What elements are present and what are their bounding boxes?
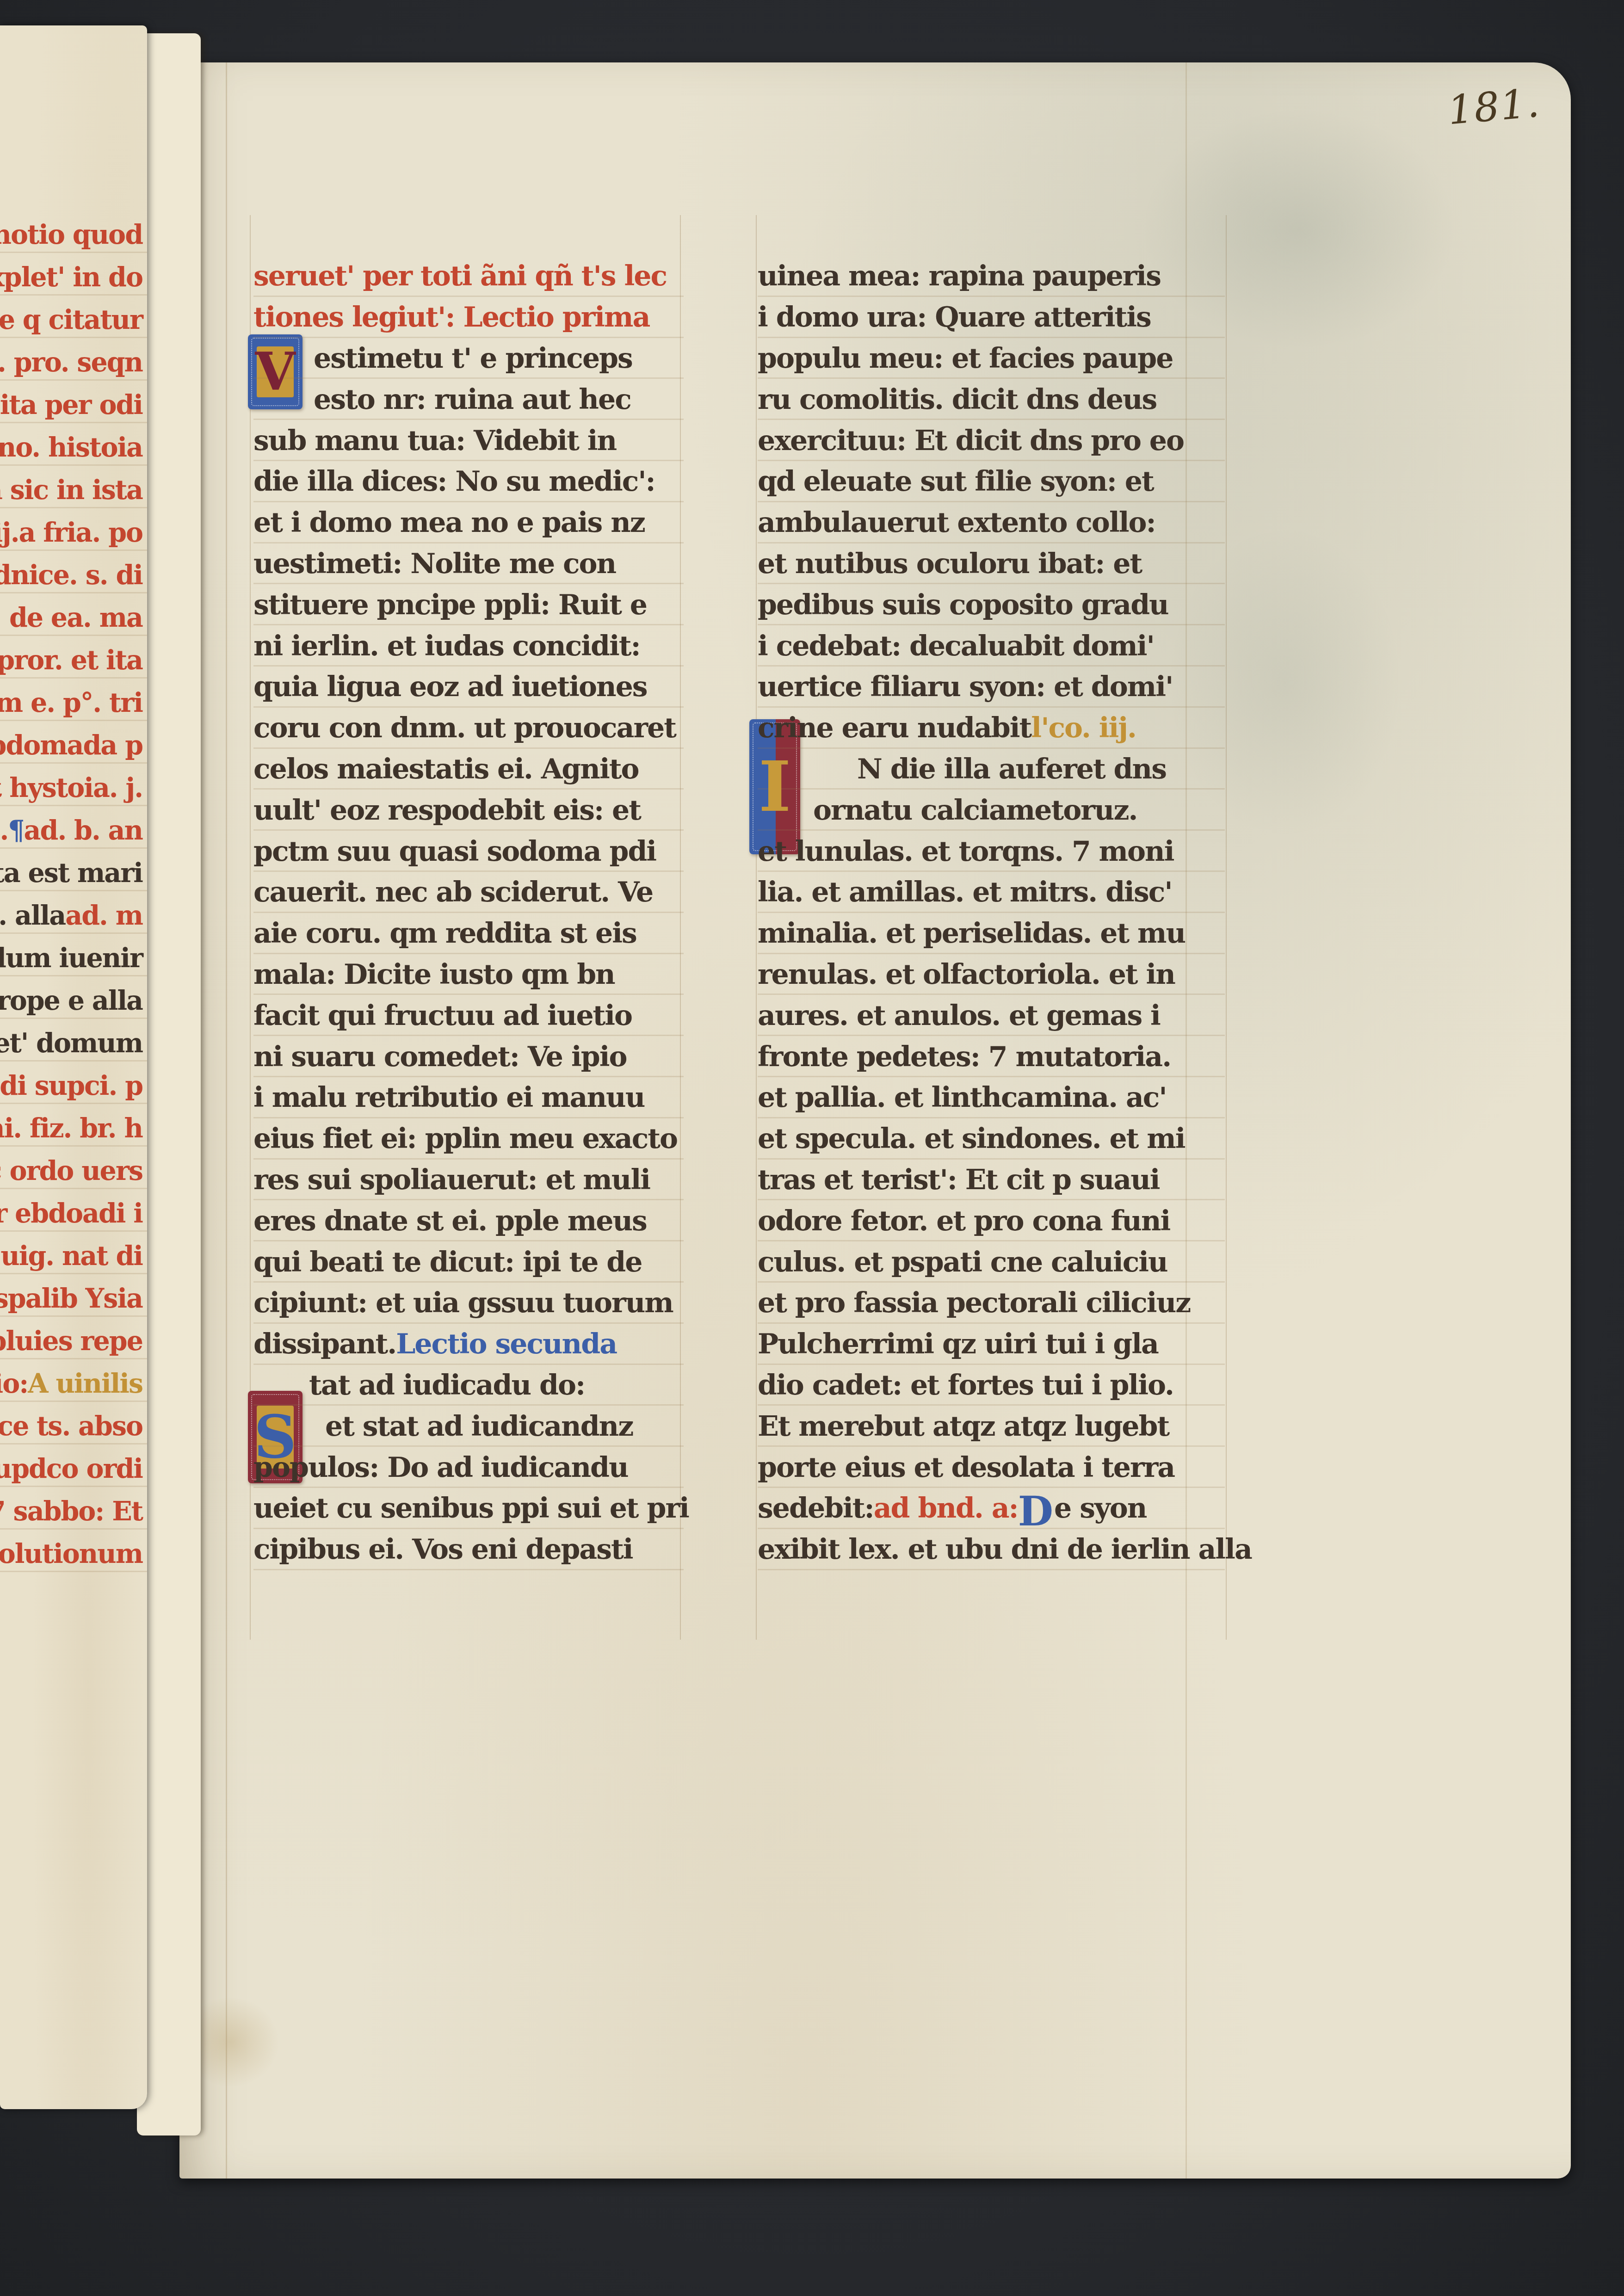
text-run: seruat' per ebdoadi i (0, 1198, 142, 1229)
text-run: ei: 7 ita per odi (0, 389, 142, 420)
text-run: tor. pror. et ita (0, 645, 142, 676)
text-line: de spu sco. alla ad. m (0, 894, 142, 937)
text-line: qui beati te dicut: ipi te de (253, 1241, 684, 1283)
text-run: renulas. et olfactoriola. et in (758, 958, 1175, 991)
text-run: seruet' per toti ãni qñ t's lec (253, 260, 667, 292)
text-line: ris tpib pluies repe (0, 1320, 142, 1362)
text-line: renulas. et olfactoriola. et in (758, 954, 1225, 995)
text-run: et stat ad iudicandnz (325, 1410, 633, 1443)
text-line: uinea mea: rapina pauperis (758, 256, 1225, 297)
text-line: et pro fassia pectorali ciliciuz (758, 1283, 1225, 1324)
text-run: fronte pedetes: 7 mutatoria. (758, 1041, 1171, 1073)
text-run: exibit lex. et ubu dni de ierlin alla (758, 1533, 1252, 1566)
text-line: ¶ Supdce ts. abso (0, 1405, 142, 1447)
text-line: tor. pror. et ita (0, 639, 142, 681)
text-line: tras et terist': Et cit p suaui (758, 1160, 1225, 1201)
text-run: lia. et amillas. et mitrs. disc' (758, 876, 1172, 908)
text-run: et pro fassia pectorali ciliciuz (758, 1287, 1190, 1319)
text-run: Dn no. histoia (0, 432, 142, 463)
text-run: facit qui fructuu ad iuetio (253, 1000, 632, 1032)
text-line: dueniret iueta est mari (0, 852, 142, 894)
text-line: quia ligua eoz ad iuetiones (253, 667, 684, 708)
text-line: et lunulas. et torqns. 7 moni (758, 831, 1225, 872)
text-line: stituere pncipe ppli: Ruit e (253, 584, 684, 625)
text-run: et lunulas. et torqns. 7 moni (758, 835, 1173, 868)
text-run: Supdce ts. abso (0, 1411, 142, 1442)
text-run: ato. Et hic ordo uers (0, 1155, 142, 1186)
text-line: a. ij°. pro. seqn (0, 341, 142, 383)
vertical-crease-left (226, 62, 227, 2179)
text-line: celos maiestatis ei. Agnito (253, 749, 684, 790)
text-run: Pulcherrimi qz uiri tui i gla (758, 1328, 1158, 1360)
text-line: tiones legiut': Lectio prima (253, 297, 684, 338)
text-line: cipiunt: et uia gssuu tuorum (253, 1283, 684, 1324)
text-column-2: uinea mea: rapina pauperisi domo ura: Qu… (758, 256, 1225, 1570)
text-line: ueiet cu senibus ppi sui et pri (253, 1488, 684, 1529)
text-run: otigat hystoia. j. (0, 772, 142, 803)
text-run: quia ligua eoz ad iuetiones (253, 671, 647, 703)
text-line: res sui spoliauerut: et muli (253, 1160, 684, 1201)
text-line: dissipant. Lectio secunda (253, 1324, 684, 1365)
text-line: Dn no. histoia (0, 426, 142, 469)
manuscript-page-folio-181: 181. V S I seruet' per toti ãni qñ t's l… (179, 62, 1571, 2179)
text-run: stituere pncipe ppli: Ruit e (253, 589, 647, 621)
illuminated-initial-S: S (248, 1391, 303, 1483)
text-line: a explet' in do (0, 256, 142, 298)
text-line: seruet' per toti ãni qñ t's lec (253, 256, 684, 297)
text-line: p. poi. ¶ ad. b. an (0, 809, 142, 852)
text-line: ornatu calciametoruz. (758, 790, 1225, 831)
text-line: fronte pedetes: 7 mutatoria. (758, 1036, 1225, 1077)
text-line: N die illa auferet dns (758, 749, 1225, 790)
text-run: Lectio secunda (396, 1328, 617, 1360)
text-run: p. poi. (0, 815, 8, 846)
text-run: ali. usz ad uig. nat di (0, 1241, 142, 1271)
text-column-1: seruet' per toti ãni qñ t's lectiones le… (253, 256, 684, 1570)
text-run: t de alijs spalib Ysia (0, 1283, 142, 1314)
text-run: qd eleuate sut filie syon: et (758, 465, 1154, 498)
text-run: et i domo mea no e pais nz (253, 506, 645, 539)
text-line: et pallia. et linthcamina. ac' (758, 1077, 1225, 1118)
text-line: ordie dni. fiz. br. h (0, 1107, 142, 1149)
text-run: i malu retributio ei manuu (253, 1081, 644, 1114)
text-run: et nutibus oculoru ibat: et (758, 548, 1142, 580)
text-line: et nutibus oculoru ibat: et (758, 543, 1225, 585)
text-line: otigat hystoia. j. (0, 766, 142, 809)
text-line: pedibus suis coposito gradu (758, 584, 1225, 625)
initial-letter: S (254, 1407, 296, 1467)
left-page-fragment: Et notio quoda explet' in dopace q citat… (0, 25, 147, 2109)
text-run: a. ij°. pro. seqn (0, 347, 142, 378)
text-line: cauerit. nec ab sciderut. Ve (253, 872, 684, 913)
text-run: tras et terist': Et cit p suaui (758, 1164, 1160, 1196)
text-run: i cedebat: decaluabit domi' (758, 630, 1154, 662)
text-run: cipiunt: et uia gssuu tuorum (253, 1287, 673, 1319)
text-run: esto nr: ruina aut hec (314, 383, 631, 416)
text-run: ris tpib pluies repe (0, 1326, 142, 1357)
text-run: sedebit: (758, 1492, 874, 1524)
text-run: stoia dnice. s. di (0, 560, 142, 591)
text-line: Absolutio: A uinilis (0, 1362, 142, 1405)
text-run: i domo ura: Quare atteritis (758, 301, 1151, 333)
text-run: uestimeti: Nolite me con (253, 548, 616, 580)
text-run: die illa dices: No su medic': (253, 465, 655, 498)
text-line: crine earu nudabit l'co. iij. (758, 708, 1225, 749)
text-run: uertice filiaru syon: et domi' (758, 671, 1173, 703)
text-line: aie coru. qm reddita st eis (253, 913, 684, 954)
text-line: Pulcherrimi qz uiri tui i gla (758, 1324, 1225, 1365)
text-run: ni suaru comedet: Ve ipio (253, 1041, 626, 1073)
text-line: et stat ad iudicandnz (253, 1406, 684, 1447)
text-line: erte dnin dum iuenir (0, 937, 142, 979)
text-line: Et merebut atqz atqz lugebt (758, 1406, 1225, 1447)
text-run: tat ad iudicadu do: (309, 1369, 585, 1401)
text-run: ru comolitis. dicit dns deus (758, 383, 1156, 416)
text-line: t de alijs spalib Ysia (0, 1277, 142, 1320)
text-run: crine earu nudabit (758, 712, 1031, 744)
text-run: l'co. iij. (1031, 712, 1136, 744)
text-run: Et notio quod (0, 219, 142, 250)
text-run: girdiet' domum (0, 1028, 142, 1059)
text-run: mala: Dicite iusto qm bn (253, 958, 615, 991)
text-line: cipibus ei. Vos eni depasti (253, 1529, 684, 1570)
text-line: odore fetor. et pro cona funi (758, 1200, 1225, 1241)
text-run: sub manu tua: Videbit in (253, 425, 616, 457)
text-line: ato. Et hic ordo uers (0, 1149, 142, 1192)
text-run: onica sic in ista (0, 475, 142, 506)
text-line: lia. et amillas. et mitrs. disc' (758, 872, 1225, 913)
text-run: dio cadet: et fortes tui i plio. (758, 1369, 1173, 1401)
text-run: cauerit. nec ab sciderut. Ve (253, 876, 653, 908)
text-run: estimetu t' e princeps (314, 342, 632, 375)
text-run: ueiet cu senibus ppi sui et pri (253, 1492, 689, 1524)
text-run: minalia. et periselidas. et mu (758, 917, 1185, 950)
text-run: per ebdomada p (0, 730, 142, 761)
text-run: Et merebut atqz atqz lugebt (758, 1410, 1169, 1443)
text-run: ij. et. iij.a fria. po (0, 517, 142, 548)
text-run: pace q citatur (0, 304, 142, 335)
text-run: aie coru. qm reddita st eis (253, 917, 636, 950)
text-run: a explet' in do (0, 262, 142, 293)
text-run: dueniret iueta est mari (0, 858, 142, 889)
text-run: q citat' de ea. ma (0, 602, 142, 633)
text-run: populu meu: et facies paupe (758, 342, 1173, 375)
text-line: onica sic in ista (0, 469, 142, 511)
text-run: cate cum dui prope e alla (0, 985, 142, 1016)
text-line: porte eius et desolata i terra (758, 1447, 1225, 1488)
text-line: res. Ysidi supci. p (0, 1064, 142, 1107)
text-line: uertice filiaru syon: et domi' (758, 667, 1225, 708)
text-run: lus absolutionum (0, 1538, 142, 1569)
text-line: qd eleuate sut filie syon: et (758, 461, 1225, 502)
text-run: cipibus ei. Vos eni depasti (253, 1533, 633, 1566)
text-line: ij. et. iij.a fria. po (0, 511, 142, 554)
text-line: culus. et pspati cne caluiciu (758, 1241, 1225, 1283)
text-run: eius fiet ei: pplin meu exacto (253, 1123, 677, 1155)
text-line: et specula. et sindones. et mi (758, 1118, 1225, 1160)
text-line: Et notio quod (0, 213, 142, 256)
text-run: ad. b. an (24, 815, 142, 846)
text-line: uestimeti: Nolite me con (253, 543, 684, 585)
text-line: populu meu: et facies paupe (758, 338, 1225, 379)
text-run: Absolutio: (0, 1368, 28, 1399)
text-line: uult' eoz respodebit eis: et (253, 790, 684, 831)
text-run: ut dcm e. p°. tri (0, 687, 142, 718)
text-line: et i domo mea no e pais nz (253, 502, 684, 543)
text-line: sub manu tua: Videbit in (253, 420, 684, 461)
text-run: culus. et pspati cne caluiciu (758, 1246, 1167, 1278)
text-line: ei: 7 ita per odi (0, 383, 142, 426)
text-run: populos: Do ad iudicandu (253, 1451, 628, 1484)
text-run: e syon (1054, 1492, 1146, 1524)
text-line: ut dcm e. p°. tri (0, 681, 142, 724)
text-line: s dicit supdco ordi (0, 1447, 142, 1490)
text-run: dissipant. (253, 1328, 396, 1360)
photographed-manuscript-spread: Et notio quoda explet' in dopace q citat… (0, 0, 1624, 2296)
text-run: de spu sco. alla (0, 900, 65, 931)
text-run: pedibus suis coposito gradu (758, 589, 1168, 621)
text-line: ni suaru comedet: Ve ipio (253, 1036, 684, 1077)
text-run: N die illa auferet dns (857, 753, 1166, 785)
text-run: ¶ (8, 815, 24, 846)
text-line: facit qui fructuu ad iuetio (253, 995, 684, 1036)
text-line: per ebdomada p (0, 724, 142, 766)
text-run: tiones legiut': Lectio prima (253, 301, 649, 333)
text-line: mala: Dicite iusto qm bn (253, 954, 684, 995)
text-run: res. Ysidi supci. p (0, 1070, 142, 1101)
text-line: exibit lex. et ubu dni de ierlin alla (758, 1529, 1225, 1570)
text-line: pctm suu quasi sodoma pdi (253, 831, 684, 872)
text-line: cate cum dui prope e alla (0, 979, 142, 1022)
text-line: ru comolitis. dicit dns deus (758, 379, 1225, 420)
text-run: uinea mea: rapina pauperis (758, 260, 1161, 292)
text-run: s dicit supdco ordi (0, 1453, 142, 1484)
text-line: dio cadet: et fortes tui i plio. (758, 1365, 1225, 1406)
text-run: . h. 7. vi. 7 sabbo: Et (0, 1496, 142, 1527)
text-run: eres dnate st ei. pple meus (253, 1205, 647, 1237)
text-run: ni ierlin. et iudas concidit: (253, 630, 640, 662)
text-line: sedebit: ad bnd. a: De syon (758, 1488, 1225, 1529)
text-line: ali. usz ad uig. nat di (0, 1234, 142, 1277)
text-run: celos maiestatis ei. Agnito (253, 753, 638, 785)
text-run: ad bnd. a: (874, 1492, 1018, 1524)
text-line: tat ad iudicadu do: (253, 1365, 684, 1406)
text-run: qui beati te dicut: ipi te de (253, 1246, 642, 1278)
text-line: exercituu: Et dicit dns pro eo (758, 420, 1225, 461)
text-line: stoia dnice. s. di (0, 554, 142, 596)
text-run: uult' eoz respodebit eis: et (253, 794, 641, 827)
text-run: odore fetor. et pro cona funi (758, 1205, 1170, 1237)
text-line: die illa dices: No su medic': (253, 461, 684, 502)
text-run: et pallia. et linthcamina. ac' (758, 1081, 1167, 1114)
text-line: lus absolutionum (0, 1532, 142, 1575)
text-run: exercituu: Et dicit dns pro eo (758, 425, 1184, 457)
text-line: girdiet' domum (0, 1022, 142, 1064)
text-line: pace q citatur (0, 298, 142, 341)
text-run: erte dnin dum iuenir (0, 943, 142, 974)
text-line: ni ierlin. et iudas concidit: (253, 625, 684, 667)
text-run: aures. et anulos. et gemas i (758, 1000, 1160, 1032)
text-line: minalia. et periselidas. et mu (758, 913, 1225, 954)
folio-number: 181. (1446, 80, 1542, 134)
text-line: i malu retributio ei manuu (253, 1077, 684, 1118)
text-line: ambulauerut extento collo: (758, 502, 1225, 543)
text-run: coru con dnm. ut prouocaret (253, 712, 676, 744)
left-page-text-column: Et notio quoda explet' in dopace q citat… (0, 213, 142, 1575)
text-line: coru con dnm. ut prouocaret (253, 708, 684, 749)
text-line: populos: Do ad iudicandu (253, 1447, 684, 1488)
text-run: porte eius et desolata i terra (758, 1451, 1174, 1484)
text-line: q citat' de ea. ma (0, 596, 142, 639)
text-line: esto nr: ruina aut hec (253, 379, 684, 420)
text-run: res sui spoliauerut: et muli (253, 1164, 650, 1196)
initial-letter: V (255, 346, 296, 398)
column2-left-ruling (756, 215, 757, 1640)
text-run: ornatu calciametoruz. (813, 794, 1137, 827)
text-run: A uinilis (28, 1368, 142, 1399)
initial-letter: I (759, 752, 791, 821)
text-run: ambulauerut extento collo: (758, 506, 1155, 539)
text-line: i domo ura: Quare atteritis (758, 297, 1225, 338)
text-run: D (1018, 1487, 1052, 1535)
text-line: . h. 7. vi. 7 sabbo: Et (0, 1490, 142, 1532)
illuminated-initial-V: V (248, 334, 303, 409)
text-line: estimetu t' e princeps (253, 338, 684, 379)
text-line: eres dnate st ei. pple meus (253, 1200, 684, 1241)
text-run: pctm suu quasi sodoma pdi (253, 835, 656, 868)
text-line: seruat' per ebdoadi i (0, 1192, 142, 1234)
column2-right-ruling (1226, 215, 1227, 1640)
text-run: ordie dni. fiz. br. h (0, 1113, 142, 1144)
text-line: i cedebat: decaluabit domi' (758, 625, 1225, 667)
text-line: eius fiet ei: pplin meu exacto (253, 1118, 684, 1160)
text-run: et specula. et sindones. et mi (758, 1123, 1185, 1155)
text-line: aures. et anulos. et gemas i (758, 995, 1225, 1036)
text-run: ad. m (65, 900, 142, 931)
